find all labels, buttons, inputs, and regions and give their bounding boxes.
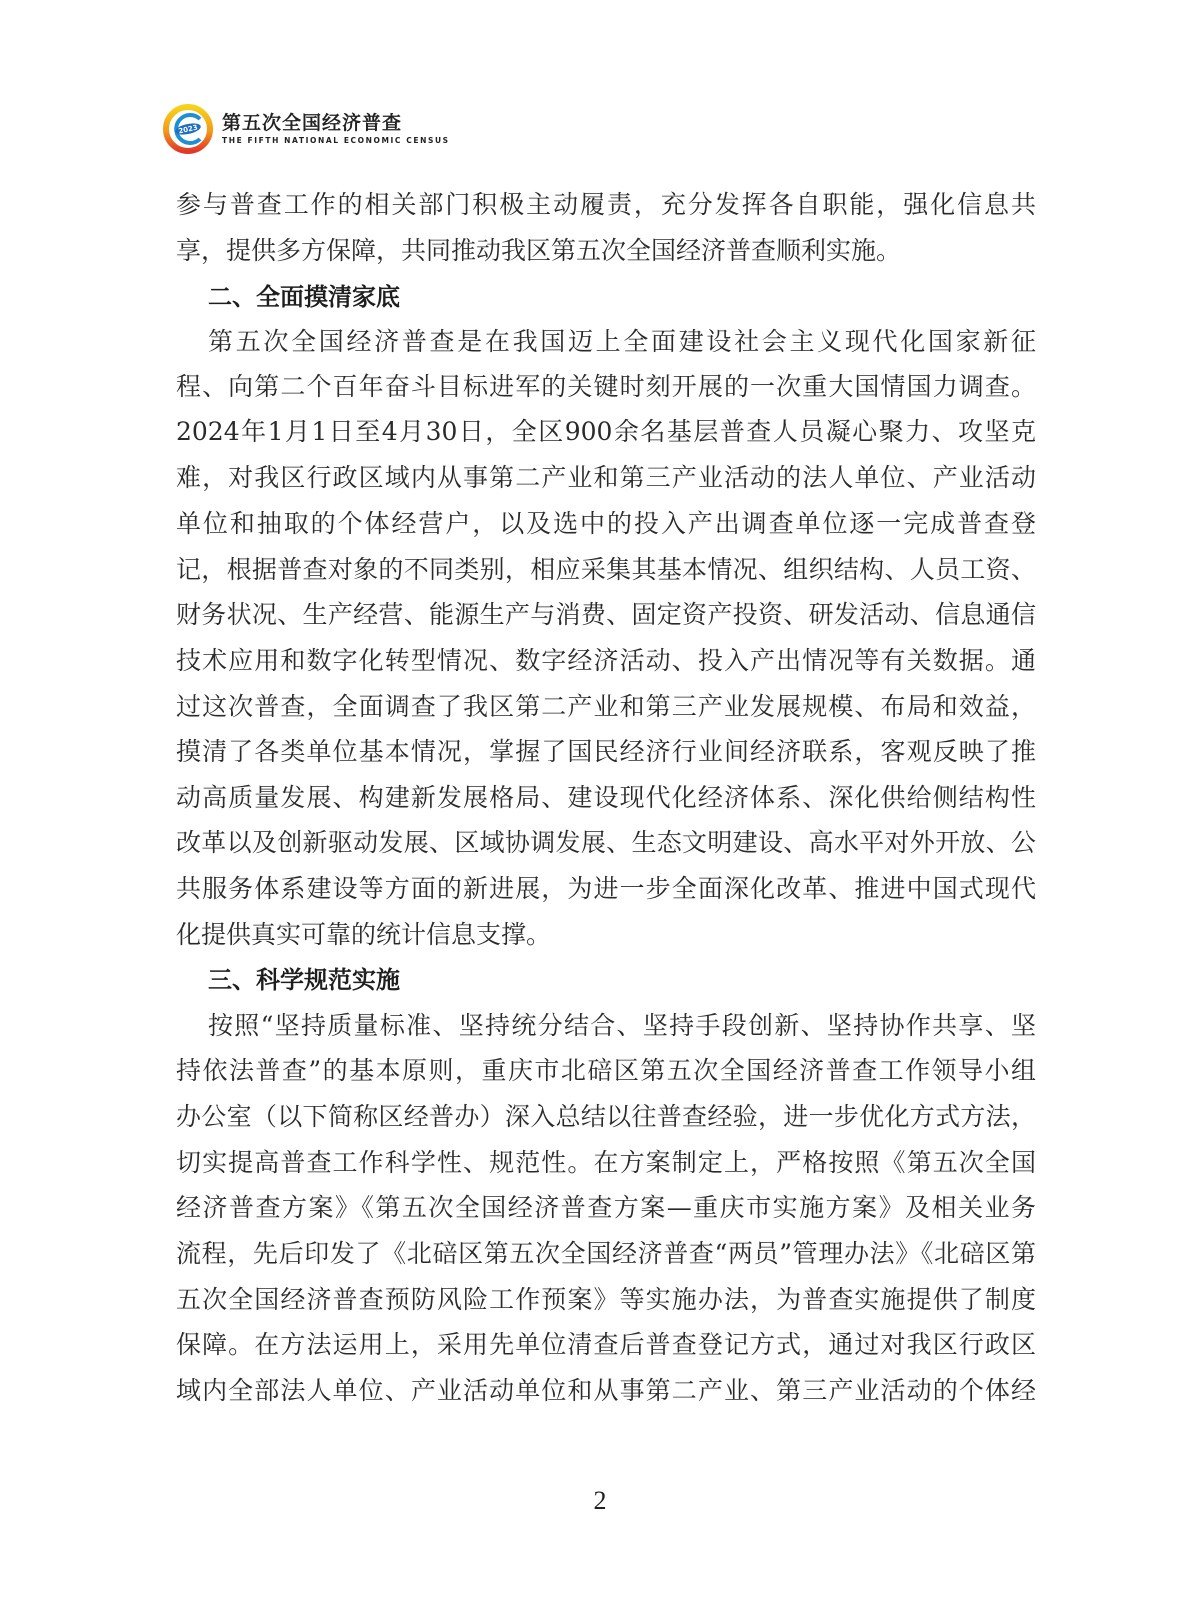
paragraph-line: 化提供真实可靠的统计信息支撑。 [176, 918, 1036, 952]
census-logo-icon: 2023 [162, 103, 214, 155]
paragraph-line: 参与普查工作的相关部门积极主动履责，充分发挥各自职能，强化信息共 [176, 188, 1036, 222]
paragraph-line: 五次全国经济普查预防风险工作预案》等实施办法，为普查实施提供了制度 [176, 1283, 1036, 1317]
paragraph-line: 按照“坚持质量标准、坚持统分结合、坚持手段创新、坚持协作共享、坚 [208, 1009, 1036, 1043]
paragraph-line: 改革以及创新驱动发展、区域协调发展、生态文明建设、高水平对外开放、公 [176, 826, 1036, 860]
paragraph-line: 2024年1月1日至4月30日，全区900余名基层普查人员凝心聚力、攻坚克 [176, 415, 1036, 449]
paragraph-line: 过这次普查，全面调查了我区第二产业和第三产业发展规模、布局和效益， [176, 690, 1036, 724]
paragraph-line: 持依法普查”的基本原则，重庆市北碚区第五次全国经济普查工作领导小组 [176, 1054, 1036, 1088]
paragraph-line: 第五次全国经济普查是在我国迈上全面建设社会主义现代化国家新征 [208, 325, 1036, 359]
census-header: 2023 第五次全国经济普查 THE FIFTH NATIONAL ECONOM… [162, 100, 450, 158]
paragraph-line: 切实提高普查工作科学性、规范性。在方案制定上，严格按照《第五次全国 [176, 1146, 1036, 1180]
paragraph-line: 摸清了各类单位基本情况，掌握了国民经济行业间经济联系，客观反映了推 [176, 735, 1036, 769]
paragraph-line: 保障。在方法运用上，采用先单位清查后普查登记方式，通过对我区行政区 [176, 1328, 1036, 1362]
paragraph-line: 程、向第二个百年奋斗目标进军的关键时刻开展的一次重大国情国力调查。 [176, 370, 1036, 404]
paragraph-line: 域内全部法人单位、产业活动单位和从事第二产业、第三产业活动的个体经 [176, 1374, 1036, 1408]
paragraph-line: 记，根据普查对象的不同类别，相应采集其基本情况、组织结构、人员工资、 [176, 553, 1036, 587]
section-heading-3: 三、科学规范实施 [208, 963, 400, 997]
census-subtitle: THE FIFTH NATIONAL ECONOMIC CENSUS [222, 136, 450, 146]
paragraph-line: 享，提供多方保障，共同推动我区第五次全国经济普查顺利实施。 [176, 234, 1036, 268]
section-heading-2: 二、全面摸清家底 [208, 280, 400, 314]
paragraph-line: 共服务体系建设等方面的新进展，为进一步全面深化改革、推进中国式现代 [176, 872, 1036, 906]
page-number: 2 [0, 1486, 1200, 1516]
paragraph-line: 财务状况、生产经营、能源生产与消费、固定资产投资、研发活动、信息通信 [176, 598, 1036, 632]
paragraph-line: 流程，先后印发了《北碚区第五次全国经济普查“两员”管理办法》《北碚区第 [176, 1237, 1036, 1271]
census-title: 第五次全国经济普查 [222, 112, 450, 134]
paragraph-line: 办公室（以下简称区经普办）深入总结以往普查经验，进一步优化方式方法， [176, 1100, 1036, 1134]
paragraph-line: 单位和抽取的个体经营户，以及选中的投入产出调查单位逐一完成普查登 [176, 507, 1036, 541]
paragraph-line: 技术应用和数字化转型情况、数字经济活动、投入产出情况等有关数据。通 [176, 644, 1036, 678]
paragraph-line: 动高质量发展、构建新发展格局、建设现代化经济体系、深化供给侧结构性 [176, 781, 1036, 815]
paragraph-line: 经济普查方案》《第五次全国经济普查方案—重庆市实施方案》及相关业务 [176, 1191, 1036, 1225]
paragraph-line: 难，对我区行政区域内从事第二产业和第三产业活动的法人单位、产业活动 [176, 461, 1036, 495]
